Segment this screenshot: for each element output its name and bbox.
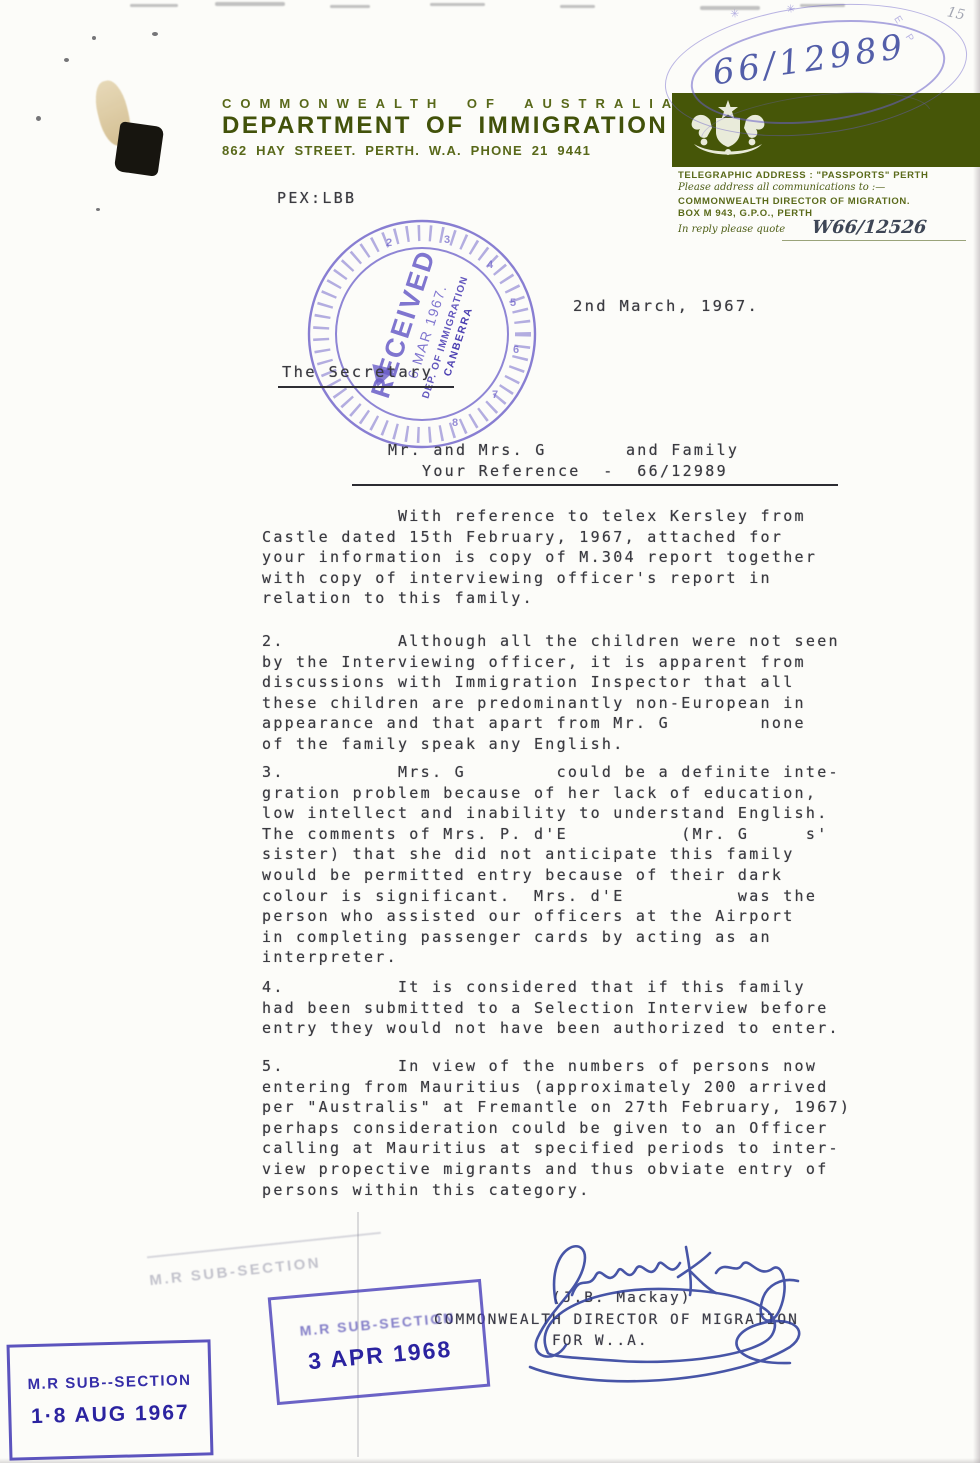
scan-artifact bbox=[430, 3, 485, 6]
aug-stamp-label: M.R SUB--SECTION bbox=[27, 1371, 191, 1392]
rim-number: 5 bbox=[510, 297, 516, 309]
addressee-underline bbox=[278, 386, 454, 388]
scan-artifact bbox=[330, 5, 370, 8]
aug-stamp-date: 1·8 AUG 1967 bbox=[31, 1400, 190, 1428]
reply-quote-label: In reply please quote bbox=[678, 224, 785, 235]
rim-number: 7 bbox=[492, 389, 498, 401]
director-line: COMMONWEALTH DIRECTOR OF MIGRATION. bbox=[678, 196, 910, 207]
scan-artifact bbox=[130, 4, 178, 7]
scan-artifact bbox=[560, 5, 595, 8]
subject-underline bbox=[352, 484, 838, 486]
letterhead-country: COMMONWEALTH OF AUSTRALIA bbox=[222, 96, 680, 111]
rim-number: 8 bbox=[452, 417, 458, 429]
paragraph-4: 4. It is considered that if this family … bbox=[262, 977, 840, 1039]
speck bbox=[36, 116, 41, 121]
scan-edge bbox=[0, 1458, 980, 1463]
telegraphic-address: TELEGRAPHIC ADDRESS : "PASSPORTS" PERTH bbox=[678, 170, 928, 181]
faded-subsection-stamp: M.R SUB-SECTION bbox=[147, 1232, 384, 1289]
speck bbox=[96, 208, 100, 211]
ink-blot bbox=[114, 121, 165, 177]
signature-ink bbox=[460, 1225, 840, 1390]
letter-date: 2nd March, 1967. bbox=[573, 296, 759, 317]
address-note: Please address all communications to :— bbox=[678, 182, 885, 193]
paragraph-5: 5. In view of the numbers of persons now… bbox=[262, 1056, 851, 1200]
paragraph-3: 3. Mrs. G could be a definite inte- grat… bbox=[262, 762, 840, 968]
aug-1967-stamp: M.R SUB--SECTION 1·8 AUG 1967 bbox=[7, 1339, 214, 1460]
rim-number: 6 bbox=[513, 344, 519, 356]
corner-pencil-mark: 15 bbox=[946, 4, 967, 23]
subject-line-2: Your Reference - 66/12989 bbox=[388, 461, 728, 482]
rim-number: 2 bbox=[386, 237, 392, 249]
speck bbox=[64, 58, 69, 62]
letterhead-department: DEPARTMENT OF IMMIGRATION bbox=[222, 112, 668, 140]
apr-stamp-date: 3 APR 1968 bbox=[307, 1335, 453, 1374]
apr-1968-stamp: M.R SUB-SECTION 3 APR 1968 bbox=[268, 1279, 491, 1405]
reply-quote-value: W66/12526 bbox=[811, 217, 928, 238]
received-date-stamp: 2 3 4 5 6 7 8 RECEIVED 6 MAR 1967. DEP. … bbox=[300, 212, 544, 456]
paragraph-2: 2. Although all the children were not se… bbox=[262, 631, 840, 755]
rim-number: 3 bbox=[444, 234, 450, 246]
subject-line-1: Mr. and Mrs. G and Family bbox=[388, 440, 739, 461]
letterhead-address: 862 HAY STREET. PERTH. W.A. PHONE 21 944… bbox=[222, 143, 591, 158]
speck bbox=[92, 36, 96, 40]
scanned-letter-page: 15 COMMONWEALTH OF AUSTRALIA DEPARTMENT … bbox=[0, 0, 980, 1463]
scan-edge bbox=[973, 0, 980, 1463]
file-reference: PEX:LBB bbox=[277, 188, 356, 209]
paragraph-1: With reference to telex Kersley from Cas… bbox=[262, 506, 817, 609]
speck bbox=[152, 32, 158, 36]
scan-artifact bbox=[215, 2, 285, 6]
apr-stamp-label: M.R SUB-SECTION bbox=[299, 1309, 456, 1339]
rim-number: 4 bbox=[487, 259, 494, 271]
addressee: The Secretary bbox=[282, 362, 433, 383]
